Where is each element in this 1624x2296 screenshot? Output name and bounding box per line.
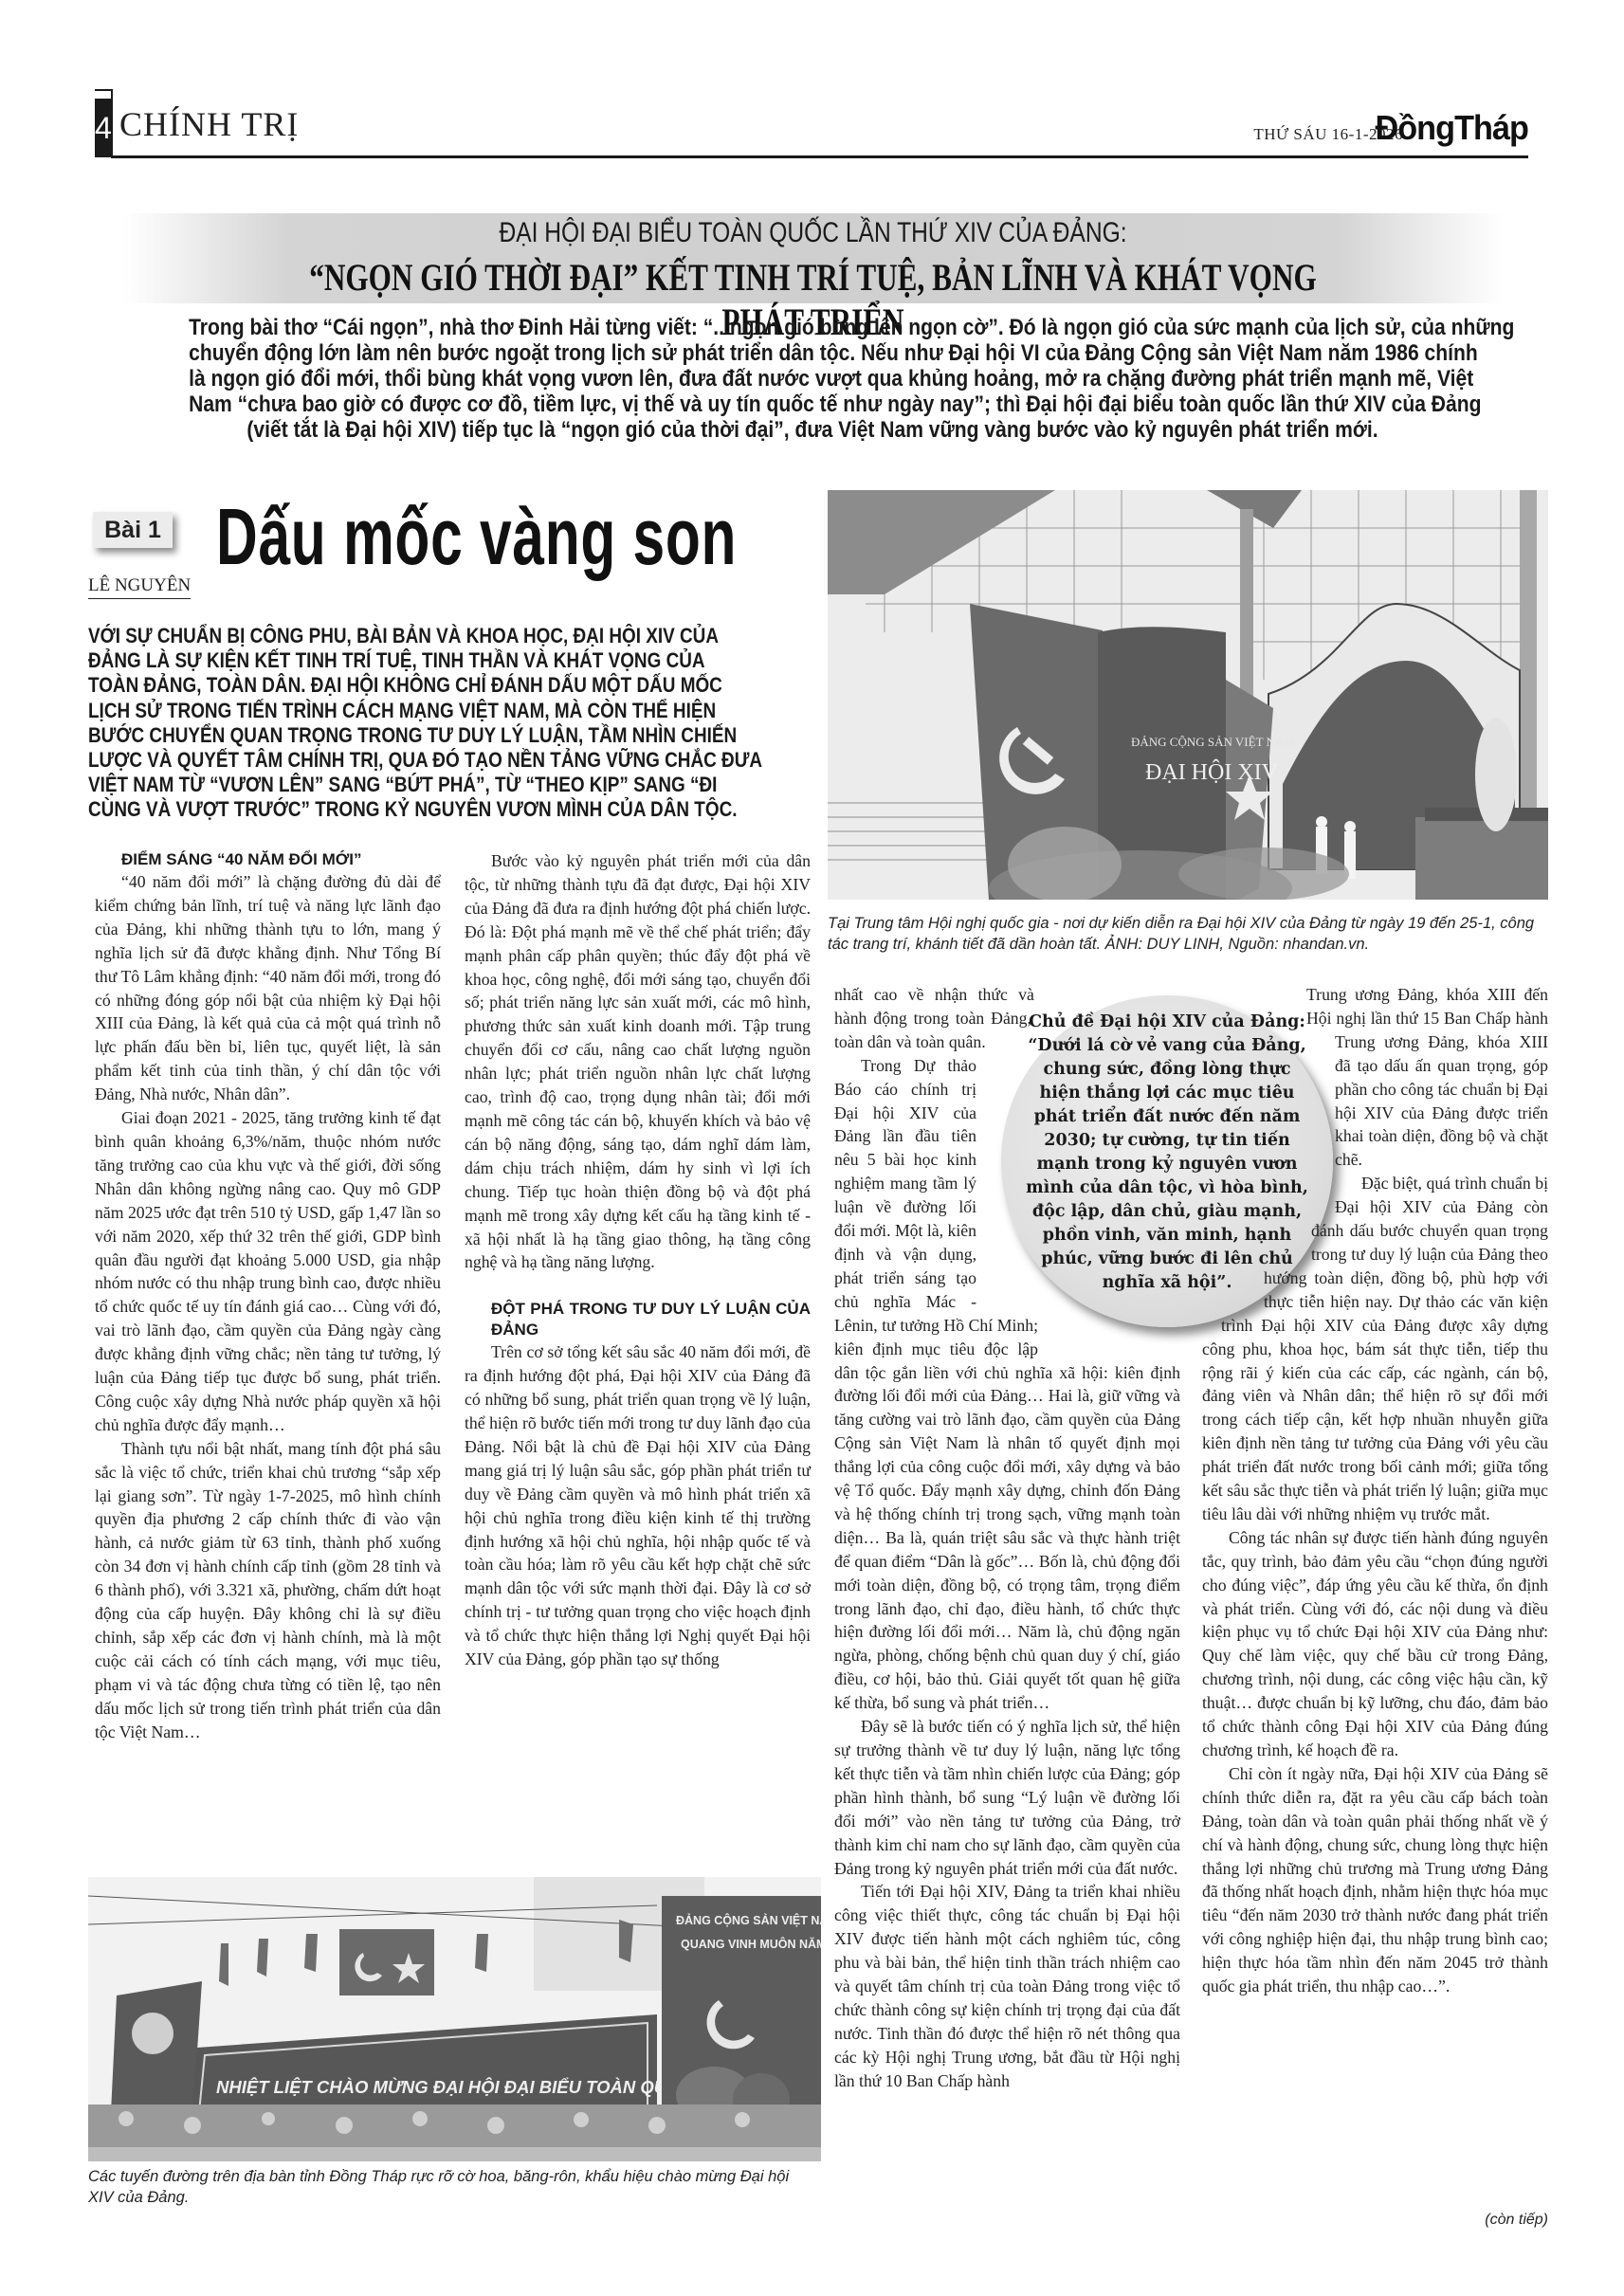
page-number-divider <box>111 89 113 157</box>
page-number-rule <box>95 89 112 91</box>
paragraph: Công tác nhân sự được tiến hành đúng ngu… <box>1202 1526 1548 1762</box>
newspaper-logo: ĐồngTháp <box>1376 108 1528 148</box>
photo-caption-top: Tại Trung tâm Hội nghị quốc gia - nơi dự… <box>828 913 1558 955</box>
wrap-spacer <box>1014 983 1180 1068</box>
series-intro: Trong bài thơ “Cái ngọn”, nhà thơ Đinh H… <box>87 315 1538 443</box>
paragraph: Đây sẽ là bước tiến có ý nghĩa lịch sử, … <box>834 1715 1180 1880</box>
subheading: ĐỘT PHÁ TRONG TƯ DUY LÝ LUẬN CỦA ĐẢNG <box>465 1299 811 1340</box>
paragraph: Tiến tới Đại hội XIV, Đảng ta triển khai… <box>834 1880 1180 2092</box>
photo-illustration: NHIỆT LIỆT CHÀO MỪNG ĐẠI HỘI ĐẠI BIỂU TO… <box>88 1877 821 2161</box>
photo-national-convention-center: ĐẢNG CỘNG SẢN VIỆT NAM ĐẠI HỘI XIV <box>828 490 1548 900</box>
article-column-1: ĐIỂM SÁNG “40 NĂM ĐỔI MỚI” “40 năm đổi m… <box>95 849 441 1744</box>
paragraph: Bước vào kỷ nguyên phát triển mới của dâ… <box>465 849 811 1274</box>
paragraph: “40 năm đổi mới” là chặng đường đủ dài đ… <box>95 870 441 1106</box>
photo-street-banners: NHIỆT LIỆT CHÀO MỪNG ĐẠI HỘI ĐẠI BIỂU TO… <box>88 1877 821 2161</box>
series-part-badge: Bài 1 <box>93 512 173 548</box>
paragraph: Giai đoạn 2021 - 2025, tăng trưởng kinh … <box>95 1106 441 1437</box>
intro-line: Trong bài thơ “Cái ngọn”, nhà thơ Đinh H… <box>189 315 1436 340</box>
paragraph: Chỉ còn ít ngày nữa, Đại hội XIV của Đản… <box>1202 1762 1548 1998</box>
article-column-3: nhất cao về nhận thức và hành động trong… <box>834 983 1180 2093</box>
sapo-line: LỊCH SỬ TRONG TIẾN TRÌNH CÁCH MẠNG VIỆT … <box>88 699 716 723</box>
wrap-spacer <box>976 1068 1180 1305</box>
page-number: 4 <box>95 99 111 157</box>
sapo-line: BƯỚC CHUYỂN QUAN TRỌNG TRONG TƯ DUY LÝ L… <box>88 723 716 748</box>
paragraph: Trên cơ sở tổng kết sâu sắc 40 năm đổi m… <box>465 1340 811 1671</box>
series-banner: ĐẠI HỘI ĐẠI BIỂU TOÀN QUỐC LẦN THỨ XIV C… <box>123 213 1503 303</box>
sign-line-2: ĐẠI HỘI XIV <box>1145 759 1279 785</box>
sign-line-1: ĐẢNG CỘNG SẢN VIỆT NAM <box>1131 735 1295 749</box>
article-headline: Dấu mốc vàng son <box>216 493 737 580</box>
poster-line-1: ĐẢNG CỘNG SẢN VIỆT NAM <box>676 1913 821 1927</box>
article-column-2: Bước vào kỷ nguyên phát triển mới của dâ… <box>465 849 811 1671</box>
series-kicker: ĐẠI HỘI ĐẠI BIỂU TOÀN QUỐC LẦN THỨ XIV C… <box>247 217 1378 249</box>
masthead: 4 CHÍNH TRỊ THỨ SÁU 16-1-2026 ĐồngTháp <box>95 85 1528 159</box>
intro-line: (viết tắt là Đại hội XIV) tiếp tục là “n… <box>189 417 1436 443</box>
paragraph: Thành tựu nổi bật nhất, mang tính đột ph… <box>95 1437 441 1744</box>
photo-caption-bottom: Các tuyến đường trên địa bàn tỉnh Đồng T… <box>88 2166 818 2208</box>
to-be-continued: (còn tiếp) <box>1485 2212 1548 2229</box>
wrap-spacer <box>1202 1291 1221 1315</box>
wrap-spacer <box>1038 1305 1180 1353</box>
poster-line-2: QUANG VINH MUÔN NĂM! <box>681 1937 821 1951</box>
sapo-line: TOÀN ĐẢNG, TOÀN DÂN. ĐẠI HỘI KHÔNG CHỈ Đ… <box>88 673 716 698</box>
intro-line: là ngọn gió đổi mới, thổi bùng khát vọng… <box>189 366 1436 392</box>
subheading: ĐIỂM SÁNG “40 NĂM ĐỔI MỚI” <box>95 849 441 870</box>
sapo-line: VỚI SỰ CHUẨN BỊ CÔNG PHU, BÀI BẢN VÀ KHO… <box>88 624 716 648</box>
wrap-spacer <box>1202 1030 1335 1196</box>
intro-line: Nam “chưa bao giờ có được cơ đồ, tiềm lự… <box>189 392 1436 417</box>
sapo-line: LƯỢC VÀ QUYẾT TÂM CHÍNH TRỊ, QUA ĐÓ TẠO … <box>88 748 716 773</box>
sapo-line: CÙNG VÀ VƯỢT TRƯỚC” TRONG KỶ NGUYÊN VƯƠN… <box>88 797 716 822</box>
article-sapo: VỚI SỰ CHUẨN BỊ CÔNG PHU, BÀI BẢN VÀ KHO… <box>88 624 818 823</box>
byline: LÊ NGUYÊN <box>88 575 191 599</box>
wrap-spacer <box>1202 1196 1311 1244</box>
masthead-rule <box>111 155 1528 158</box>
photo-illustration: ĐẢNG CỘNG SẢN VIỆT NAM ĐẠI HỘI XIV <box>828 490 1548 900</box>
wrap-spacer <box>1202 983 1306 1030</box>
wrap-spacer <box>1202 1244 1264 1291</box>
sapo-line: ĐẢNG LÀ SỰ KIỆN KẾT TINH TRÍ TUỆ, TINH T… <box>88 648 716 673</box>
intro-line: chuyển động lớn làm nên bước ngoặt trong… <box>189 340 1436 366</box>
sapo-line: VIỆT NAM TỪ “VƯƠN LÊN” SANG “BỨT PHÁ”, T… <box>88 773 716 797</box>
article-column-4: Trung ương Đảng, khóa XIII đến Hội nghị … <box>1202 983 1548 1998</box>
section-title: CHÍNH TRỊ <box>119 104 299 144</box>
